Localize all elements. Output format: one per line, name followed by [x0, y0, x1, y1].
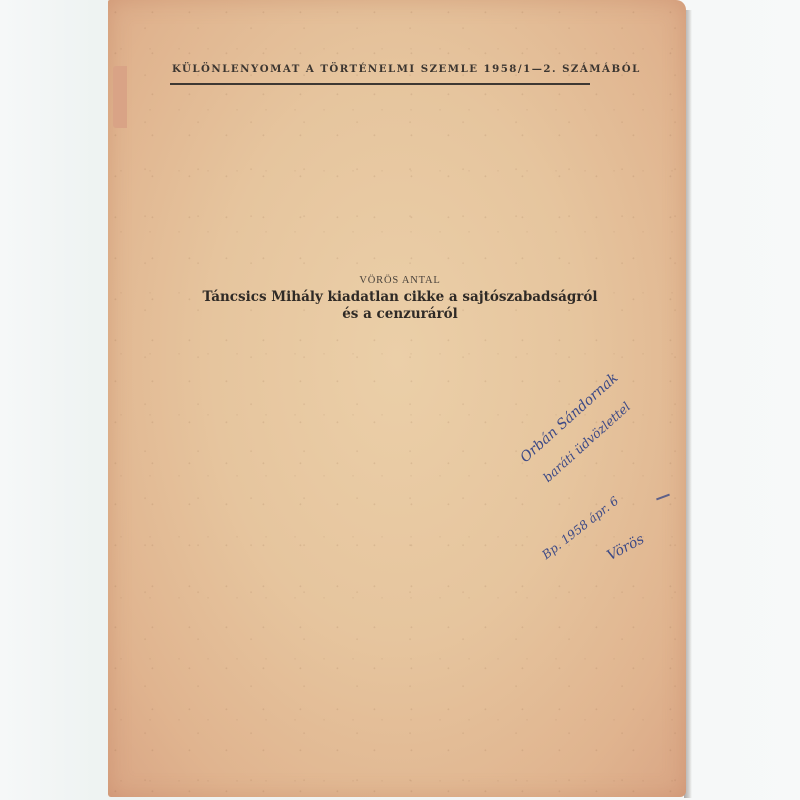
title-line-2: és a cenzuráról: [0, 306, 800, 323]
header-rule: [170, 83, 590, 85]
dedication-signature: Vörös: [604, 531, 646, 564]
handwritten-dedication: Orbán Sándornak baráti üdvözlettel Bp. 1…: [520, 370, 700, 590]
paper-tab-flap: [113, 66, 127, 128]
author-name: VÖRÖS ANTAL: [0, 275, 800, 286]
scan-background: KÜLÖNLENYOMAT A TÖRTÉNELMI SZEMLE 1958/1…: [0, 0, 800, 800]
document-title: Táncsics Mihály kiadatlan cikke a sajtós…: [0, 289, 800, 323]
title-line-1: Táncsics Mihály kiadatlan cikke a sajtós…: [0, 289, 800, 306]
pen-stroke-mark: [656, 494, 670, 501]
offprint-header: KÜLÖNLENYOMAT A TÖRTÉNELMI SZEMLE 1958/1…: [172, 63, 588, 75]
